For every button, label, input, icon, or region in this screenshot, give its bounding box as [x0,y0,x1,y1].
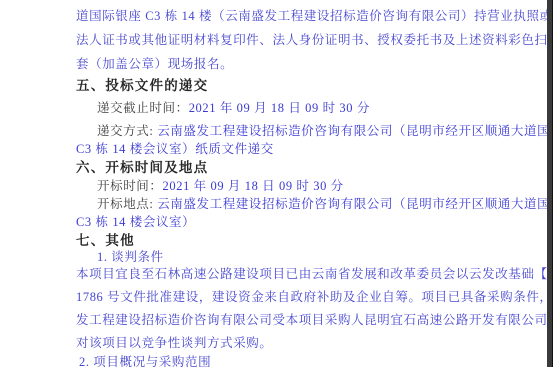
submission-deadline-value: 2021 年 09 月 18 日 09 时 30 分 [189,101,370,115]
bid-opening-time-line: 开标时间：2021 年 09 月 18 日 09 时 30 分 [97,176,344,194]
submission-deadline-label: 递交截止时间： [97,101,189,115]
bid-opening-time-value: 2021 年 09 月 18 日 09 时 30 分 [163,179,344,193]
submission-method-label: 递交方式: [97,124,157,138]
window-right-border [547,0,553,367]
bid-opening-place-line-2: C3 栋 14 楼会议室） [76,212,195,230]
project-approval-paragraph-line-2: 1786 号文件批准建设，建设资金来自政府补助及企业自筹。项目已具备采购条件，云… [76,287,553,305]
project-approval-paragraph-line-1: 本项目宜良至石林高速公路建设项目已由云南省发展和改革委员会以云发改基础【2016… [76,264,553,282]
project-approval-paragraph-line-4: 对该项目以竞争性谈判方式采购。 [76,333,273,351]
project-approval-paragraph-line-3: 发工程建设招标造价咨询有限公司受本项目采购人昆明宜石高速公路开发有限公司委托,现 [76,310,553,328]
bid-opening-place-line: 开标地点: 云南盛发工程建设招标造价咨询有限公司（昆明市经开区顺通大道国际银座 [97,194,553,212]
submission-method-value: 云南盛发工程建设招标造价咨询有限公司（昆明市经开区顺通大道国际银座 [157,124,553,138]
negotiation-conditions-title: 1. 谈判条件 [97,247,164,265]
submission-method-line: 递交方式: 云南盛发工程建设招标造价咨询有限公司（昆明市经开区顺通大道国际银座 [97,121,553,139]
registration-paragraph-line-1: 道国际银座 C3 栋 14 楼（云南盛发工程建设招标造价咨询有限公司）持营业执照… [76,6,553,24]
submission-deadline-line: 递交截止时间：2021 年 09 月 18 日 09 时 30 分 [97,98,370,116]
registration-paragraph-line-2: 法人证书或其他证明材料复印件、法人身份证明书、授权委托书及上述资料彩色扫描件件一 [76,30,553,48]
document-page: 道国际银座 C3 栋 14 楼（云南盛发工程建设招标造价咨询有限公司）持营业执照… [0,0,553,367]
bid-opening-time-label: 开标时间： [97,179,163,193]
bid-opening-place-label: 开标地点: [97,197,157,211]
project-overview-title: 2. 项目概况与采购范围 [79,352,211,367]
registration-paragraph-line-3: 套（加盖公章）现场报名。 [76,54,233,72]
bid-opening-place-value: 云南盛发工程建设招标造价咨询有限公司（昆明市经开区顺通大道国际银座 [157,197,553,211]
section-5-heading: 五、投标文件的递交 [76,74,208,94]
section-6-heading: 六、开标时间及地点 [76,156,208,176]
submission-method-line-2: C3 栋 14 楼会议室）纸质文件递交 [76,139,274,157]
section-7-heading: 七、其他 [76,229,135,249]
